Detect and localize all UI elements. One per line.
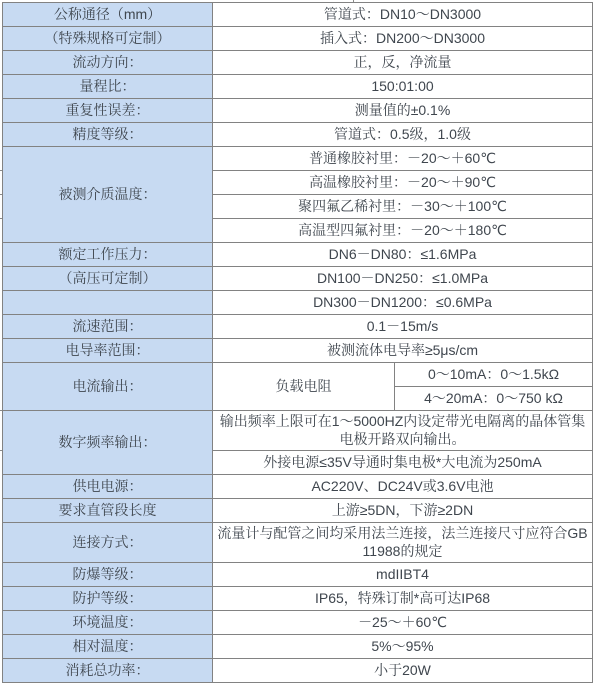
row-value: IP65，特殊订制*高可达IP68 [213,587,593,611]
row-value: AC220V、DC24V或3.6V电池 [213,475,593,499]
row-value: 普通橡胶衬里：－20～＋60℃ [213,147,593,171]
row-value: 5%～95% [213,635,593,659]
row-label: 环境温度： [3,611,213,635]
table-row: 公称通径（mm） 管道式：DN10～DN3000 [3,3,593,27]
row-label: 电流输出： [3,363,213,411]
row-value: 150:01:00 [213,75,593,99]
row-value: 测量值的±0.1% [213,99,593,123]
row-label: 相对温度： [3,635,213,659]
row-value: 流量计与配管之间均采用法兰连接，法兰连接尺寸应符合GB11988的规定 [213,523,593,563]
row-value: 输出频率上限可在1～5000HZ内设定带光电隔离的晶体管集电极开路双向输出。 [213,411,593,451]
table-row: 要求直管段长度 上游≥5DN，下游≥2DN [3,499,593,523]
table-row: 供电电源： AC220V、DC24V或3.6V电池 [3,475,593,499]
row-value: DN6－DN80：≤1.6MPa [213,243,593,267]
row-label-empty [3,291,213,315]
table-row: 防爆等级： mdIIBT4 [3,563,593,587]
table-row: 流动方向： 正，反，净流量 [3,51,593,75]
row-label: 消耗总功率： [3,659,213,683]
table-row: （特殊规格可定制） 插入式：DN200～DN3000 [3,27,593,51]
table-row: DN300－DN1200：≤0.6MPa [3,291,593,315]
row-value: 插入式：DN200～DN3000 [213,27,593,51]
row-label: 防爆等级： [3,563,213,587]
table-row: 相对温度： 5%～95% [3,635,593,659]
table-row: 被测介质温度： 普通橡胶衬里：－20～＋60℃ [3,147,593,171]
row-value: 0.1－15m/s [213,315,593,339]
table-row: 电导率范围： 被测流体电导率≥5μs/cm [3,339,593,363]
row-label: （特殊规格可定制） [3,27,213,51]
row-value: 4～20mA：0～750 kΩ [395,387,593,411]
row-value: DN100－DN250：≤1.0MPa [213,267,593,291]
row-sub-label: 负载电阻 [213,363,395,411]
table-row: 电流输出： 负载电阻 0～10mA：0～1.5kΩ [3,363,593,387]
table-row: 数字频率输出： 输出频率上限可在1～5000HZ内设定带光电隔离的晶体管集电极开… [3,411,593,451]
table-row: 流速范围： 0.1－15m/s [3,315,593,339]
row-label: 量程比： [3,75,213,99]
row-value: 0～10mA：0～1.5kΩ [395,363,593,387]
table-row: 重复性误差： 测量值的±0.1% [3,99,593,123]
row-value: 高温型四氟衬里：－20～＋180℃ [213,219,593,243]
table-row: 额定工作压力： DN6－DN80：≤1.6MPa [3,243,593,267]
row-value: DN300－DN1200：≤0.6MPa [213,291,593,315]
table-row: 量程比： 150:01:00 [3,75,593,99]
row-value: 管道式：0.5级，1.0级 [213,123,593,147]
row-label: 电导率范围： [3,339,213,363]
row-label: 供电电源： [3,475,213,499]
table-row: 防护等级： IP65，特殊订制*高可达IP68 [3,587,593,611]
row-label: 精度等级： [3,123,213,147]
row-value: 被测流体电导率≥5μs/cm [213,339,593,363]
table-row: （高压可定制） DN100－DN250：≤1.0MPa [3,267,593,291]
row-label: 公称通径（mm） [3,3,213,27]
row-value: 外接电源≤35V导通时集电极*大电流为250mA [213,451,593,475]
row-value: －25～＋60℃ [213,611,593,635]
row-label: （高压可定制） [3,267,213,291]
table-row: 环境温度： －25～＋60℃ [3,611,593,635]
row-value: 正，反，净流量 [213,51,593,75]
row-label: 流速范围： [3,315,213,339]
spec-table: 公称通径（mm） 管道式：DN10～DN3000 （特殊规格可定制） 插入式：D… [2,2,593,683]
table-row: 精度等级： 管道式：0.5级，1.0级 [3,123,593,147]
row-value: 高温橡胶衬里：－20～＋90℃ [213,171,593,195]
row-label: 防护等级： [3,587,213,611]
row-label: 额定工作压力： [3,243,213,267]
row-label: 重复性误差： [3,99,213,123]
row-label: 被测介质温度： [3,147,213,243]
row-label: 连接方式： [3,523,213,563]
row-value: mdIIBT4 [213,563,593,587]
row-label: 要求直管段长度 [3,499,213,523]
row-value: 小于20W [213,659,593,683]
row-value: 上游≥5DN，下游≥2DN [213,499,593,523]
table-row: 消耗总功率： 小于20W [3,659,593,683]
row-label: 流动方向： [3,51,213,75]
row-label: 数字频率输出： [3,411,213,475]
table-row: 连接方式： 流量计与配管之间均采用法兰连接，法兰连接尺寸应符合GB11988的规… [3,523,593,563]
row-value: 管道式：DN10～DN3000 [213,3,593,27]
row-value: 聚四氟乙稀衬里：－30～＋100℃ [213,195,593,219]
